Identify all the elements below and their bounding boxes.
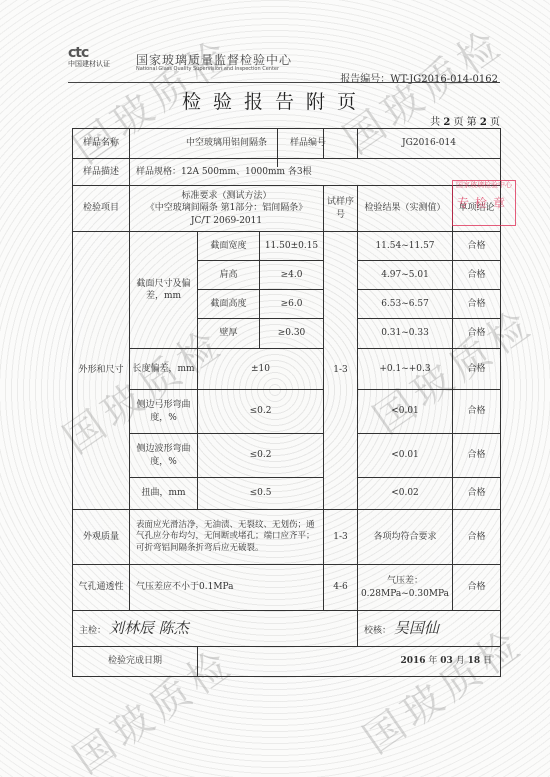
item-result: <0.01 (358, 390, 453, 434)
document-page: 国玻质检 国玻质检 国玻质检 国玻质检 国玻质检 国玻质检 ctc 中国建材认证… (0, 0, 550, 777)
inspection-table: 样品名称 中空玻璃用铝间隔条 JG2016-014 样品描述 样品规格：12A … (72, 128, 501, 677)
result-line: 气压差： (360, 575, 450, 587)
item-result: 11.54~11.57 (358, 232, 453, 261)
item-requirement: 11.50±0.15 (260, 232, 324, 261)
month-unit: 月 (456, 656, 465, 666)
standard-line: 标准要求（测试方法） (132, 190, 321, 202)
report-number-label: 报告编号： (340, 74, 390, 85)
page-count: 共 2 页 第 2 页 (430, 113, 500, 128)
table-row: 气孔通透性 气压差应不小于0.1MPa 4-6 气压差： 0.28MPa~0.3… (73, 565, 501, 611)
item-verdict: 合格 (453, 390, 501, 434)
item-requirement: ≥0.30 (260, 319, 324, 349)
sample-no: 4-6 (324, 565, 358, 611)
date-row: 检验完成日期 2016 年 03 月 18 日 (73, 647, 501, 677)
item-result: <0.01 (358, 434, 453, 478)
sample-id-value: JG2016-014 (402, 138, 456, 148)
sample-id: JG2016-014 (358, 129, 501, 159)
item-result: 4.97~5.01 (358, 261, 453, 290)
table-row: 侧边波形弯曲度，% ≤0.2 <0.01 合格 (73, 434, 501, 478)
item-requirement: 气压差应不小于0.1MPa (130, 565, 324, 611)
item-name: 外观质量 (73, 510, 130, 565)
item-name: 气孔通透性 (73, 565, 130, 611)
table-row: 外观质量 表面应光滑洁净，无油渍、无裂纹、无划伤；通气孔应分布均匀，无间断或堵孔… (73, 510, 501, 565)
item-name: 扭曲，mm (130, 478, 198, 510)
completion-date-label: 检验完成日期 (73, 647, 198, 677)
col-sample-no: 试样序号 (324, 186, 358, 232)
item-name: 肩高 (198, 261, 260, 290)
sample-no: 1-3 (324, 232, 358, 510)
year-unit: 年 (428, 656, 437, 666)
item-result: 6.53~6.57 (358, 290, 453, 319)
item-name: 侧边弓形弯曲度，% (130, 390, 198, 434)
standard-line: 《中空玻璃间隔条 第1部分：铝间隔条》 (132, 202, 321, 214)
date-month: 03 (440, 656, 453, 666)
item-result: 气压差： 0.28MPa~0.30MPa (358, 565, 453, 611)
reviewer-signature: 吴国仙 (394, 619, 439, 637)
item-verdict: 合格 (453, 290, 501, 319)
page-count-mid: 页 第 (453, 117, 476, 128)
item-name: 侧边波形弯曲度，% (130, 434, 198, 478)
sample-id-label: 样品编号 (277, 128, 338, 167)
group-shape-size: 外形和尺寸 (73, 232, 130, 510)
item-requirement: ≤0.2 (198, 434, 324, 478)
inspector-signature: 刘林辰 陈杰 (109, 619, 189, 637)
date-day: 18 (468, 656, 481, 666)
col-conclusion: 单项结论 (453, 186, 501, 232)
reviewer-label: 校核： (364, 626, 391, 636)
signature-row: 主检： 刘林辰 陈杰 校核： 吴国仙 (73, 611, 501, 647)
item-requirement: ±10 (198, 349, 324, 390)
org-name-en: National Glass Quality Supervision and I… (136, 66, 279, 72)
date-year: 2016 (400, 656, 425, 666)
item-verdict: 合格 (453, 565, 501, 611)
item-verdict: 合格 (453, 434, 501, 478)
group-cross-section: 截面尺寸及偏差，mm (130, 232, 198, 349)
table-row: 侧边弓形弯曲度，% ≤0.2 <0.01 合格 (73, 390, 501, 434)
col-item: 检验项目 (73, 186, 130, 232)
item-result: 0.31~0.33 (358, 319, 453, 349)
item-verdict: 合格 (453, 319, 501, 349)
item-requirement: ≤0.2 (198, 390, 324, 434)
standard-code: JC/T 2069-2011 (132, 215, 321, 227)
item-requirement: 表面应光滑洁净，无油渍、无裂纹、无划伤；通气孔应分布均匀，无间断或堵孔；端口应齐… (130, 510, 324, 565)
item-verdict: 合格 (453, 232, 501, 261)
result-line: 0.28MPa~0.30MPa (360, 588, 450, 600)
item-verdict: 合格 (453, 478, 501, 510)
item-result: <0.02 (358, 478, 453, 510)
item-requirement: ≥4.0 (260, 261, 324, 290)
page-total: 2 (443, 117, 450, 128)
item-requirement: ≤0.5 (198, 478, 324, 510)
item-result: +0.1~+0.3 (358, 349, 453, 390)
page-title: 检验报告附页 (0, 87, 550, 114)
col-standard: 标准要求（测试方法） 《中空玻璃间隔条 第1部分：铝间隔条》 JC/T 2069… (130, 186, 324, 232)
item-name: 长度偏差，mm (130, 349, 198, 390)
item-result: 各项均符合要求 (358, 510, 453, 565)
table-row: 长度偏差，mm ±10 +0.1~+0.3 合格 (73, 349, 501, 390)
table-row: 扭曲，mm ≤0.5 <0.02 合格 (73, 478, 501, 510)
item-name: 壁厚 (198, 319, 260, 349)
item-verdict: 合格 (453, 261, 501, 290)
report-number-value: WT-JG2016-014-0162 (390, 74, 498, 85)
table-header-row: 检验项目 标准要求（测试方法） 《中空玻璃间隔条 第1部分：铝间隔条》 JC/T… (73, 186, 501, 232)
inspector-cell: 主检： 刘林辰 陈杰 (73, 611, 358, 647)
item-name: 截面高度 (198, 290, 260, 319)
page-current: 2 (480, 117, 487, 128)
item-requirement: ≥6.0 (260, 290, 324, 319)
inspector-label: 主检： (79, 626, 106, 636)
item-verdict: 合格 (453, 349, 501, 390)
reviewer-cell: 校核： 吴国仙 (358, 611, 501, 647)
page-count-suffix: 页 (490, 117, 500, 128)
sample-no: 1-3 (324, 510, 358, 565)
col-result: 检验结果（实测值） (358, 186, 453, 232)
day-unit: 日 (483, 656, 492, 666)
header-rule (68, 82, 500, 83)
sample-desc-label: 样品描述 (73, 159, 130, 186)
item-verdict: 合格 (453, 510, 501, 565)
sample-name-label: 样品名称 (73, 129, 130, 159)
page-count-prefix: 共 (430, 117, 440, 128)
completion-date: 2016 年 03 月 18 日 (198, 647, 501, 677)
table-row: 外形和尺寸 截面尺寸及偏差，mm 截面宽度 11.50±0.15 1-3 11.… (73, 232, 501, 261)
item-name: 截面宽度 (198, 232, 260, 261)
